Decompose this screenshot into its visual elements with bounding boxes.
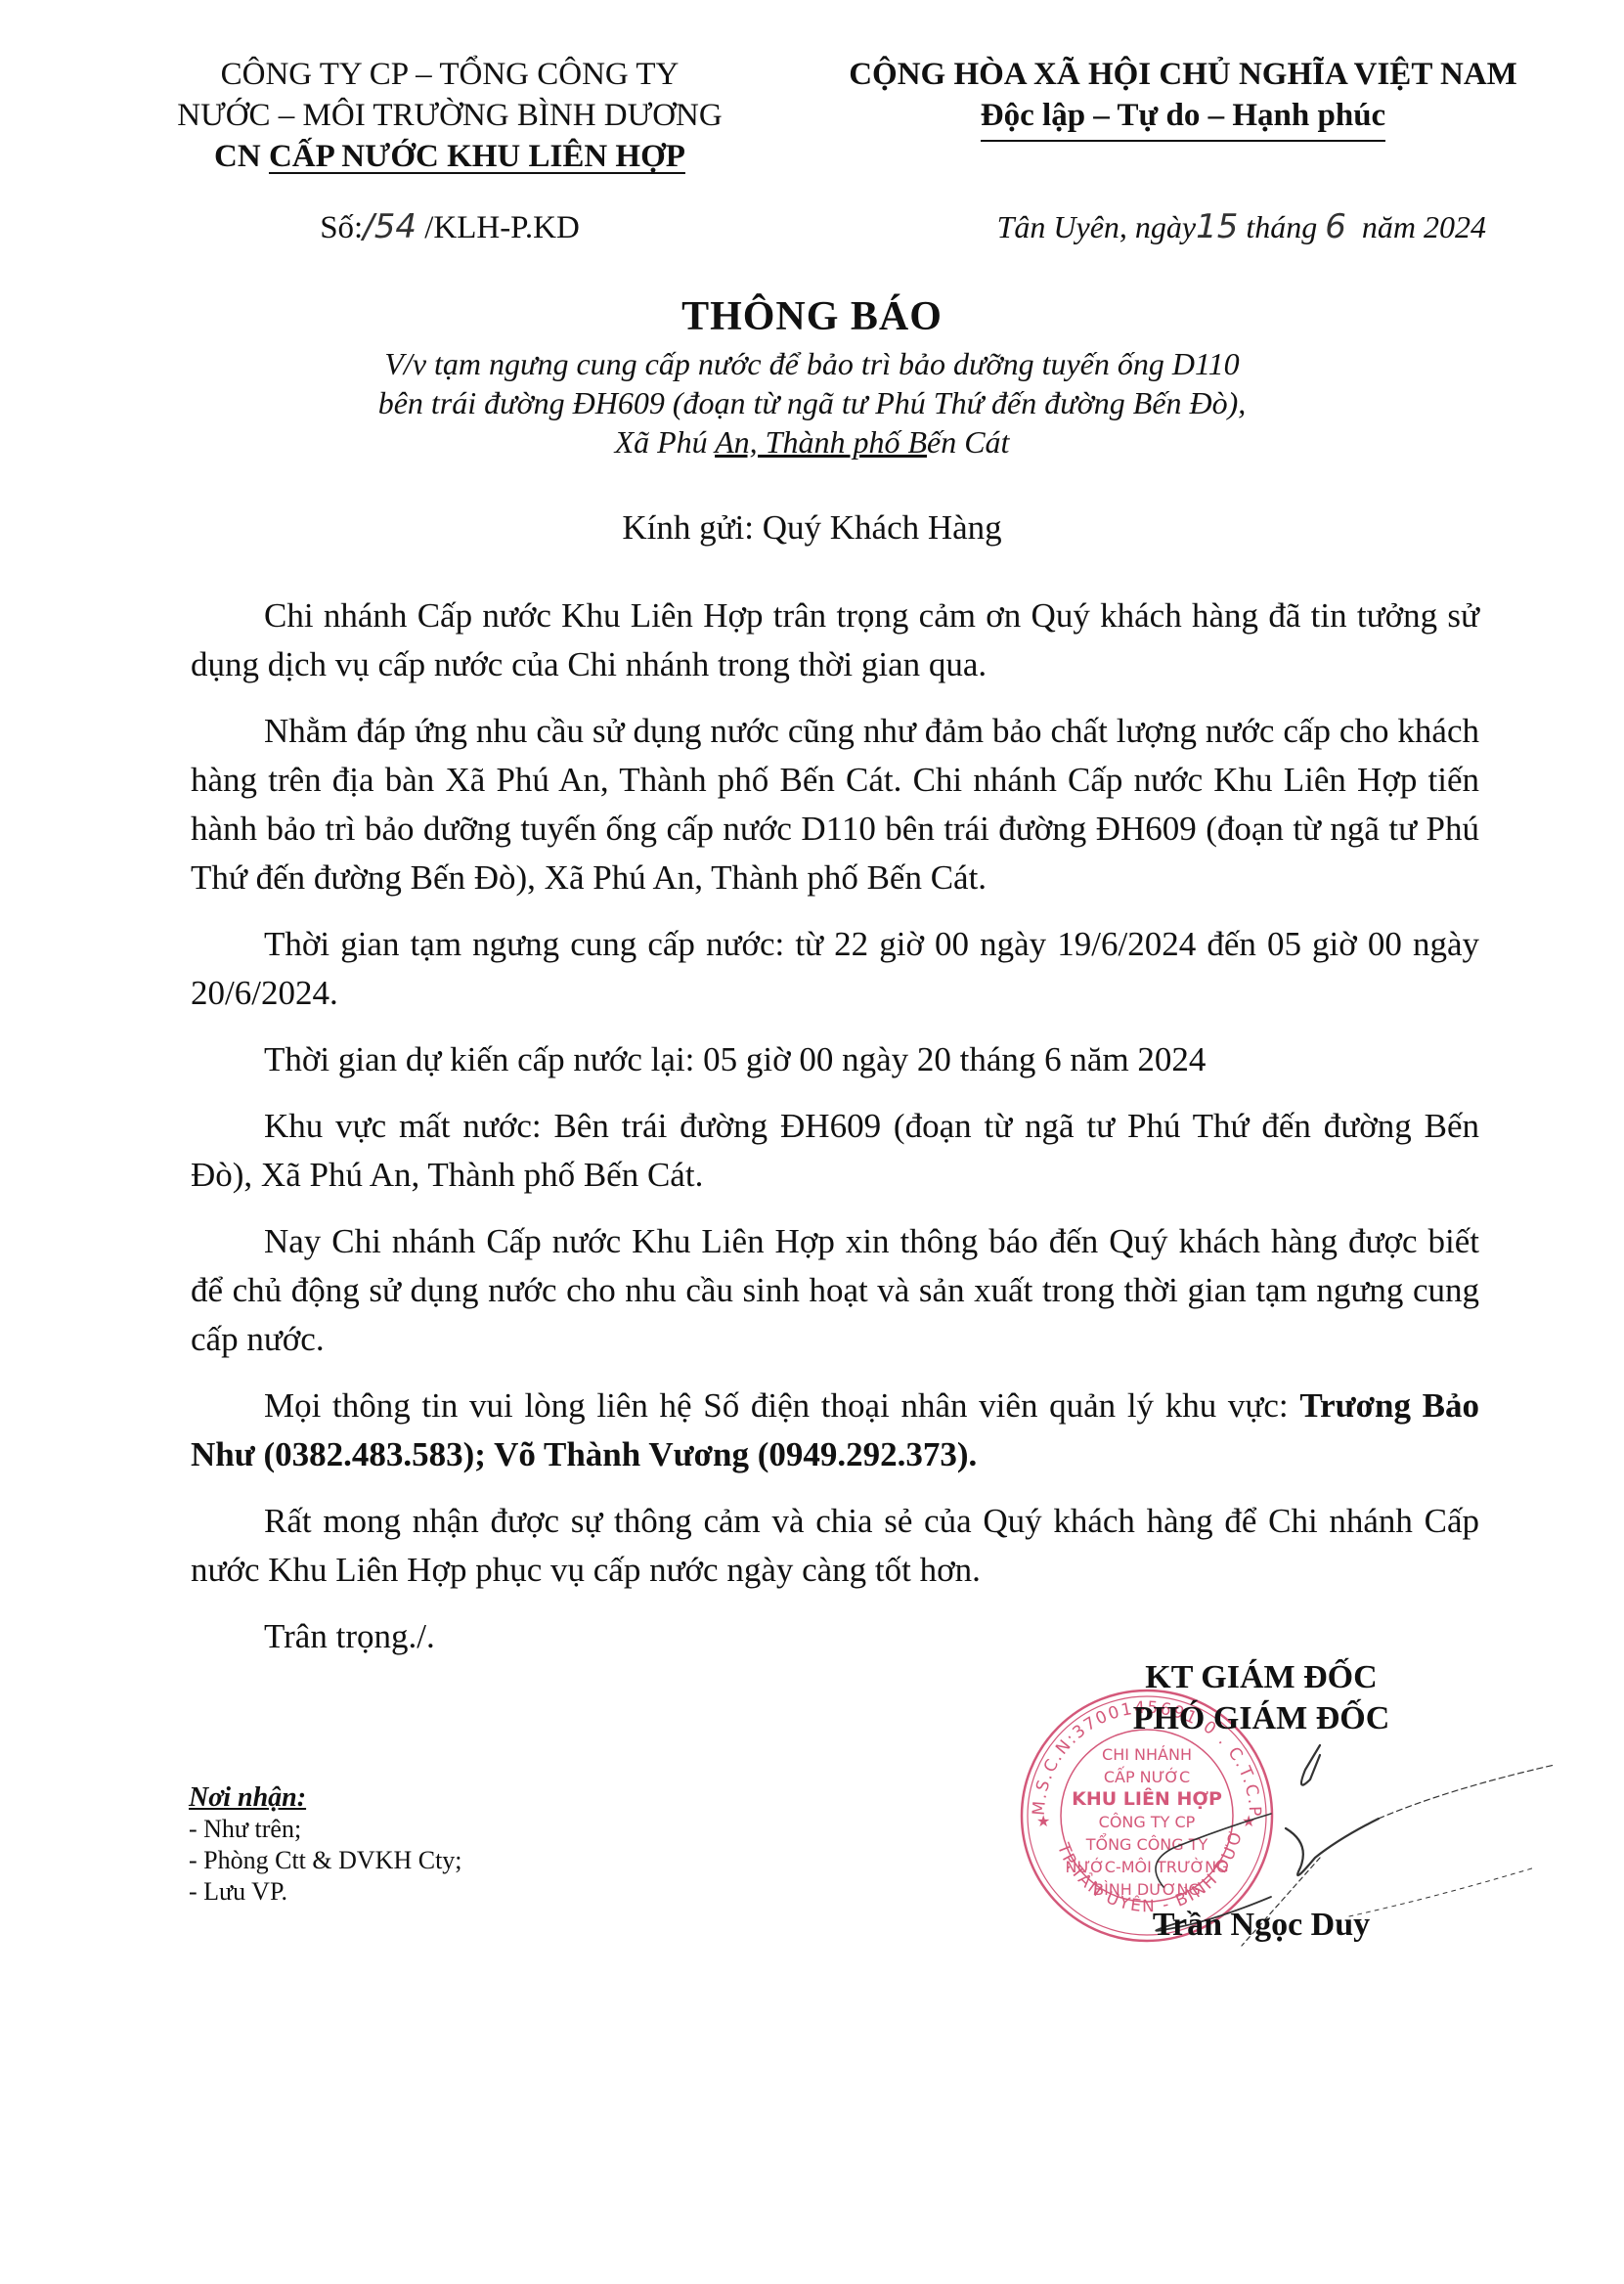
recipient-item: - Như trên; <box>189 1814 678 1845</box>
issuer-line-1: CÔNG TY CP – TỔNG CÔNG TY <box>137 54 763 95</box>
notice-body: Chi nhánh Cấp nước Khu Liên Hợp trân trọ… <box>191 592 1479 1679</box>
issuer-branch: CN CẤP NƯỚC KHU LIÊN HỢP <box>137 136 763 177</box>
paragraph-advisory: Nay Chi nhánh Cấp nước Khu Liên Hợp xin … <box>191 1217 1479 1364</box>
issuer-branch-name: CẤP NƯỚC KHU LIÊN HỢP <box>269 139 685 174</box>
paragraph-affected-area: Khu vực mất nước: Bên trái đường ĐH609 (… <box>191 1102 1479 1200</box>
issuer-line-2: NƯỚC – MÔI TRƯỜNG BÌNH DƯƠNG <box>137 95 763 136</box>
national-title: CỘNG HÒA XÃ HỘI CHỦ NGHĨA VIỆT NAM <box>802 54 1564 95</box>
signer-name: Trần Ngọc Duy <box>1007 1907 1515 1944</box>
document-number: Số:/54 /KLH-P.KD <box>137 207 763 246</box>
subject-line-1: V/v tạm ngưng cung cấp nước để bảo trì b… <box>293 344 1331 383</box>
day-handwritten: 15 <box>1196 207 1238 246</box>
signature-title-2: PHÓ GIÁM ĐỐC <box>1007 1698 1515 1739</box>
paragraph-thanks: Chi nhánh Cấp nước Khu Liên Hợp trân trọ… <box>191 592 1479 689</box>
subject-line-3: Xã Phú An, Thành phố Bến Cát <box>293 422 1331 461</box>
document-subject: V/v tạm ngưng cung cấp nước để bảo trì b… <box>293 344 1331 461</box>
place-date: Tân Uyên, ngày15 tháng 6 năm 2024 <box>939 207 1486 246</box>
signature-block: KT GIÁM ĐỐC PHÓ GIÁM ĐỐC <box>1007 1657 1515 1739</box>
year-text: năm 2024 <box>1362 209 1486 244</box>
subject-line-3-underlined: An, Thành phố B <box>715 424 927 460</box>
national-motto: Độc lập – Tự do – Hạnh phúc <box>981 95 1385 142</box>
signature-title-1: KT GIÁM ĐỐC <box>1007 1657 1515 1698</box>
issuer-branch-prefix: CN <box>214 139 269 174</box>
paragraph-contact: Mọi thông tin vui lòng liên hệ Số điện t… <box>191 1382 1479 1479</box>
recipients-list: Nơi nhận: - Như trên; - Phòng Ctt & DVKH… <box>189 1782 678 1908</box>
place-prefix: Tân Uyên, ngày <box>997 209 1197 244</box>
national-header: CỘNG HÒA XÃ HỘI CHỦ NGHĨA VIỆT NAM Độc l… <box>802 54 1564 142</box>
month-handwritten: 6 <box>1325 207 1346 246</box>
paragraph-outage-time: Thời gian tạm ngưng cung cấp nước: từ 22… <box>191 920 1479 1018</box>
issuer-block: CÔNG TY CP – TỔNG CÔNG TY NƯỚC – MÔI TRƯ… <box>137 54 763 177</box>
recipients-label: Nơi nhận: <box>189 1782 678 1814</box>
subject-line-3-suffix: ến Cát <box>927 424 1009 460</box>
contact-intro: Mọi thông tin vui lòng liên hệ Số điện t… <box>264 1386 1299 1425</box>
subject-line-3-prefix: Xã Phú <box>615 424 716 460</box>
doc-number-handwritten: /54 <box>363 207 417 246</box>
doc-number-label: Số: <box>320 210 363 245</box>
closing: Trân trọng./. <box>191 1612 1479 1661</box>
doc-number-suffix: /KLH-P.KD <box>424 210 580 245</box>
paragraph-appreciation: Rất mong nhận được sự thông cảm và chia … <box>191 1497 1479 1595</box>
month-label: tháng <box>1246 209 1317 244</box>
recipient-item: - Phòng Ctt & DVKH Cty; <box>189 1845 678 1876</box>
paragraph-restore-time: Thời gian dự kiến cấp nước lại: 05 giờ 0… <box>191 1035 1479 1084</box>
paragraph-purpose: Nhằm đáp ứng nhu cầu sử dụng nước cũng n… <box>191 707 1479 902</box>
greeting: Kính gửi: Quý Khách Hàng <box>0 508 1624 548</box>
recipient-item: - Lưu VP. <box>189 1876 678 1908</box>
subject-line-2: bên trái đường ĐH609 (đoạn từ ngã tư Phú… <box>293 383 1331 422</box>
document-title: THÔNG BÁO <box>0 293 1624 340</box>
